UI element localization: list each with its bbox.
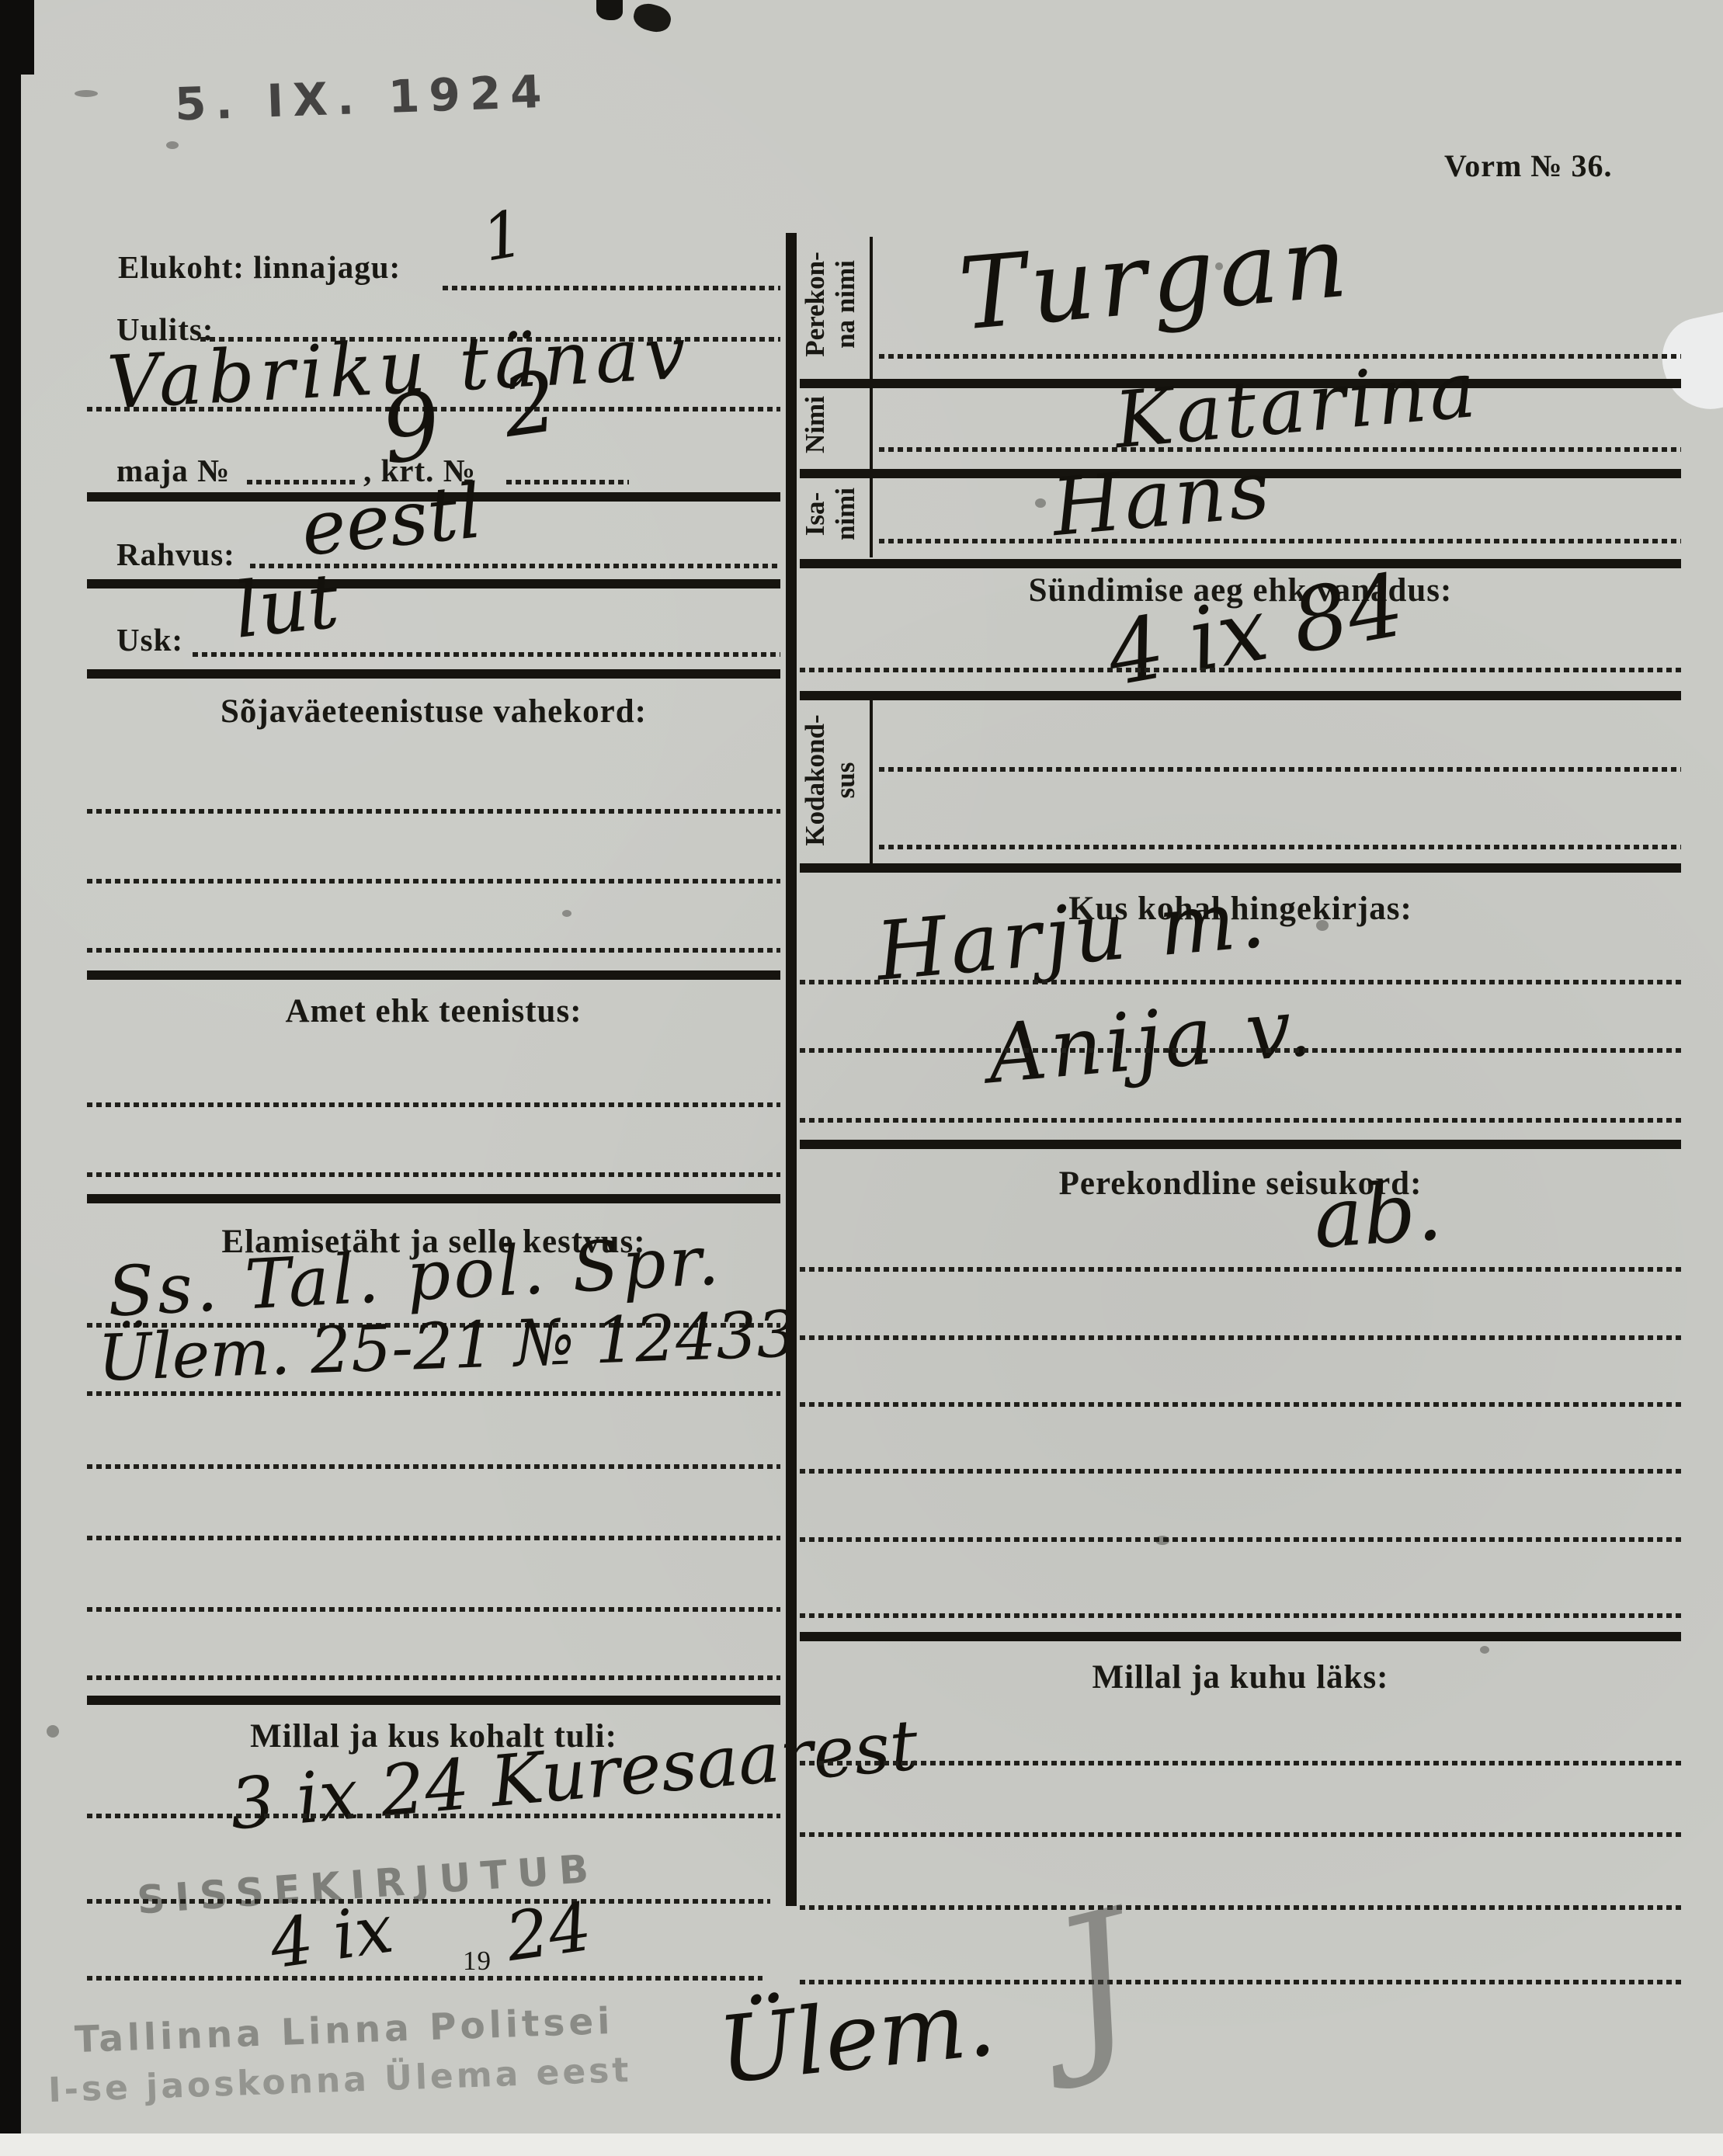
amet-fill-line-1 (87, 1102, 780, 1107)
registered-day-handwriting: 4 ix (266, 1895, 397, 1978)
nimi-label: Nimi (800, 370, 868, 479)
politsei-stamp-line-1: Tallinna Linna Politsei (74, 2000, 614, 2061)
isanimi-label-line2: nimi (830, 463, 860, 564)
ink-blob-top-1 (596, 0, 623, 20)
maja-label: maja № (116, 452, 230, 489)
krt-value-handwriting: 2 (498, 360, 562, 451)
usk-value-handwriting: lut (231, 563, 342, 649)
laks-fill-line-3 (800, 1905, 1681, 1910)
isanimi-label: Isa- nimi (800, 463, 868, 564)
elamisetaht-fill-line-2 (87, 1391, 780, 1396)
laks-heading: Millal ja kuhu läks: (800, 1658, 1681, 1696)
kodakondsus-fill-line-1 (879, 767, 1681, 772)
label-separator-line (870, 237, 873, 557)
krt-fill-line (506, 480, 629, 484)
elamisetaht-fill-line-6 (87, 1675, 780, 1680)
elukoht-value-handwriting: 1 (478, 202, 529, 272)
elukoht-label: Elukoht: linnajagu: (118, 248, 401, 286)
seisukord-heading: Perekondline seisukord: (800, 1165, 1681, 1203)
hingekirjas-fill-line-2 (800, 1048, 1681, 1053)
form-number: Vorm № 36. (1444, 148, 1612, 184)
seisukord-fill-line-3 (800, 1402, 1681, 1407)
sundimise-fill-line (800, 668, 1681, 672)
scan-edge-bottom (0, 2133, 1723, 2156)
seisukord-fill-line-2 (800, 1335, 1681, 1340)
ink-blob-top-2 (630, 0, 673, 35)
sojavae-fill-line-3 (87, 948, 780, 953)
seisukord-value-handwriting: ab. (1311, 1169, 1445, 1260)
isanimi-label-line1: Isa- (800, 463, 830, 564)
laks-fill-line-1 (800, 1761, 1681, 1765)
laks-fill-line-4 (800, 1980, 1681, 1984)
elamisetaht-fill-line-5 (87, 1607, 780, 1612)
amet-heading: Amet ehk teenistus: (87, 992, 780, 1030)
seisukord-fill-line-4 (800, 1469, 1681, 1474)
separator-rule (87, 1194, 780, 1203)
separator-rule (87, 970, 780, 980)
registered-year-handwriting: 24 (502, 1894, 596, 1971)
row-rule (800, 1140, 1681, 1149)
elukoht-fill-line (443, 286, 780, 290)
hingekirjas-handwriting-2: Anija v. (985, 986, 1318, 1095)
sojavae-heading: Sõjaväeteenistuse vahekord: (87, 693, 780, 731)
scan-edge-top-left-corner (0, 0, 34, 75)
separator-rule (87, 1696, 780, 1705)
perekonnanimi-label: Perekon- na nimi (800, 231, 868, 378)
sojavae-fill-line-1 (87, 809, 780, 814)
torn-notch-right (1655, 309, 1723, 418)
column-divider (786, 233, 797, 1906)
label-separator-line (870, 697, 873, 863)
usk-label: Usk: (116, 621, 183, 658)
perekonnanimi-fill-line (879, 354, 1681, 359)
usk-fill-line (193, 652, 780, 657)
row-rule (800, 559, 1681, 568)
rahvus-label: Rahvus: (116, 536, 235, 573)
seisukord-fill-line-1 (800, 1267, 1681, 1272)
date-stamp: 5. IX. 1924 (174, 65, 552, 131)
perekonnanimi-label-line2: na nimi (830, 231, 860, 378)
isanimi-value-handwriting: Hans (1049, 450, 1276, 548)
amet-fill-line-2 (87, 1172, 780, 1177)
sojavae-fill-line-2 (87, 879, 780, 884)
scan-edge-left (0, 0, 21, 2156)
registration-fill-line-1 (87, 1899, 770, 1904)
row-rule (800, 1632, 1681, 1641)
laks-fill-line-2 (800, 1832, 1681, 1837)
perekonnanimi-value-handwriting: Turgan (955, 212, 1355, 345)
isanimi-fill-line (879, 539, 1681, 543)
tuli-fill-line (87, 1814, 780, 1818)
kodakondsus-label-line1: Kodakond- (800, 691, 830, 870)
seisukord-fill-line-5 (800, 1537, 1681, 1542)
hingekirjas-fill-line-3 (800, 1118, 1681, 1123)
row-rule (800, 863, 1681, 873)
scanned-form-page: 5. IX. 1924 Vorm № 36. Elukoht: linnajag… (0, 0, 1723, 2156)
kodakondsus-label-line2: sus (830, 691, 860, 870)
registration-fill-line-2 (87, 1976, 762, 1981)
kodakondsus-label: Kodakond- sus (800, 691, 868, 870)
seisukord-fill-line-6 (800, 1613, 1681, 1618)
maja-value-handwriting: 9 (376, 378, 446, 477)
perekonnanimi-label-line1: Perekon- (800, 231, 830, 378)
official-signature-handwriting: Ülem. (714, 1977, 999, 2097)
nimi-value-handwriting: Katarina (1112, 351, 1482, 460)
kodakondsus-fill-line-2 (879, 845, 1681, 849)
registered-year-printed: 19 (463, 1946, 492, 1977)
elamisetaht-fill-line-4 (87, 1536, 780, 1540)
separator-rule (87, 669, 780, 679)
hingekirjas-fill-line-1 (800, 980, 1681, 984)
separator-rule (87, 579, 780, 588)
rahvus-value-handwriting: eestl (298, 474, 485, 567)
row-rule (800, 691, 1681, 700)
politsei-stamp-line-2: I-se jaoskonna Ülema eest (47, 2050, 632, 2110)
elamisetaht-fill-line-3 (87, 1464, 780, 1469)
